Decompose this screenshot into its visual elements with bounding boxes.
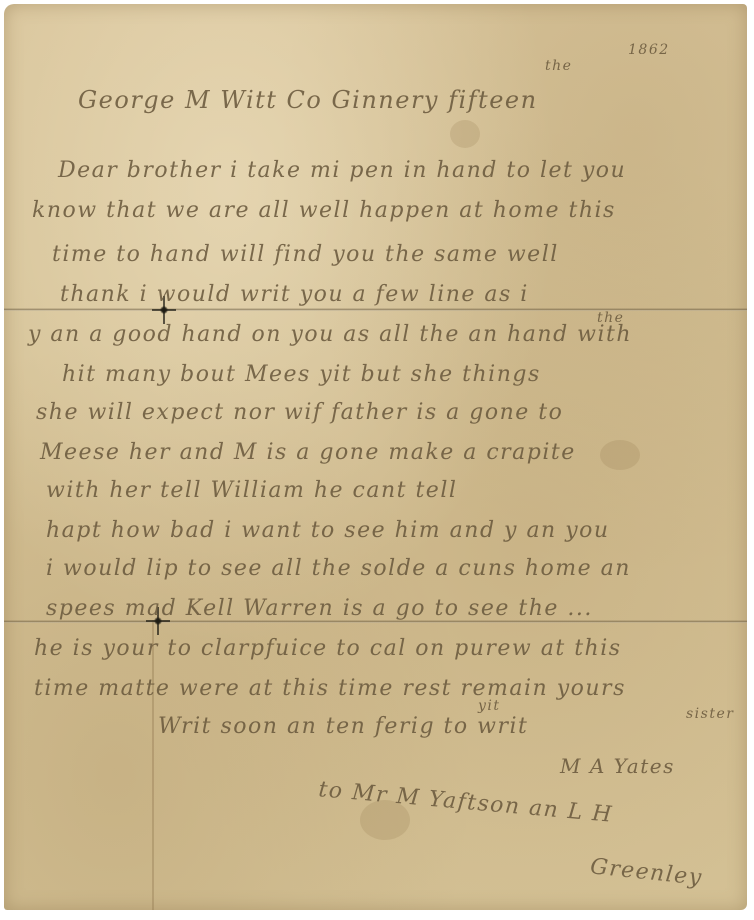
body-line-8: Meese her and M is a gone make a crapite bbox=[40, 440, 576, 465]
fold-crease-vertical bbox=[152, 620, 154, 910]
body-line-15: Writ soon an ten ferig to writ bbox=[158, 714, 528, 739]
paper-stain bbox=[450, 120, 480, 148]
body-line-5: y an a good hand on you as all the an ha… bbox=[28, 322, 632, 347]
body-line-6: hit many bout Mees yit but she things bbox=[62, 362, 541, 387]
fold-crease-upper bbox=[4, 308, 747, 311]
body-line-14: time matte were at this time rest remain… bbox=[34, 676, 626, 701]
body-line-12: spees mad Kell Warren is a go to see the… bbox=[46, 596, 593, 621]
body-line-10: hapt how bad i want to see him and y an … bbox=[46, 518, 610, 543]
body-line-1: Dear brother i take mi pen in hand to le… bbox=[58, 158, 626, 183]
body-line-3: time to hand will find you the same well bbox=[52, 242, 559, 267]
letter-header: George M Witt Co Ginnery fifteen bbox=[78, 86, 538, 114]
body-line-7: she will expect nor wif father is a gone… bbox=[36, 400, 563, 425]
body-line-2: know that we are all well happen at home… bbox=[32, 198, 616, 223]
body-line-13: he is your to clarpfuice to cal on purew… bbox=[34, 636, 622, 661]
signature: M A Yates bbox=[560, 754, 675, 778]
body-line-9: with her tell William he cant tell bbox=[46, 478, 457, 503]
year: 1862 bbox=[628, 42, 670, 58]
header-superscript: the bbox=[545, 58, 572, 74]
body-line-11: i would lip to see all the solde a cuns … bbox=[46, 556, 631, 581]
insertion-sister: sister bbox=[686, 706, 734, 722]
insertion-yit: yit bbox=[478, 698, 501, 714]
pinhole-mark bbox=[160, 306, 168, 314]
paper-stain bbox=[600, 440, 640, 470]
body-line-4: thank i would writ you a few line as i bbox=[60, 282, 529, 307]
